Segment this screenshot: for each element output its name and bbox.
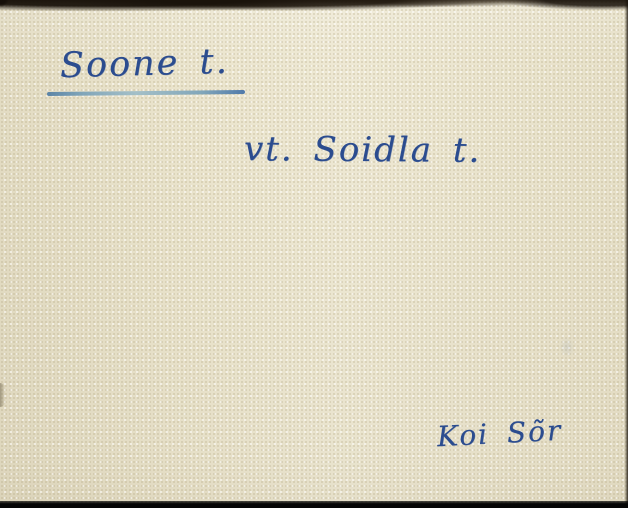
scan-edge-right bbox=[624, 0, 628, 508]
index-card: Soone t. vt. Soidla t. Koi Sõr bbox=[0, 0, 628, 508]
paper-stain bbox=[556, 332, 578, 362]
card-title: Soone t. bbox=[60, 45, 230, 84]
cross-reference: vt. Soidla t. bbox=[244, 132, 482, 168]
scan-corner-top-left bbox=[0, 0, 12, 9]
title-underline bbox=[47, 90, 245, 96]
scan-edge-top bbox=[0, 0, 628, 16]
scan-edge-bottom bbox=[0, 501, 628, 508]
annotation-signature: Koi Sõr bbox=[436, 417, 563, 452]
scan-smudge-left bbox=[0, 383, 5, 407]
